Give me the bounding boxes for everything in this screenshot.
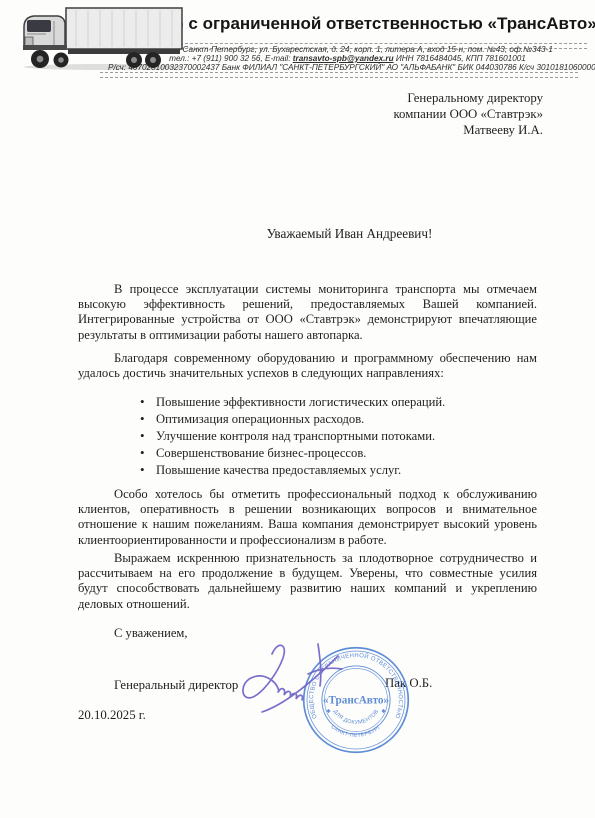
letter-page: Общество с ограниченной ответственностью… xyxy=(0,0,595,818)
closing-regards: С уважением, xyxy=(78,626,188,641)
letterhead-email: transavto-spb@yandex.ru xyxy=(293,54,394,63)
paragraph-4: Выражаем искреннюю признательность за пл… xyxy=(78,551,537,612)
letterhead-phone: тел.: +7 (911) 900 32 56, E-mail: xyxy=(169,54,293,63)
salutation: Уважаемый Иван Андреевич! xyxy=(120,226,579,242)
recipient-block: Генеральному директору компании ООО «Ста… xyxy=(393,90,543,138)
recipient-name: Матвееву И.А. xyxy=(393,122,543,138)
paragraph-2: Благодаря современному оборудованию и пр… xyxy=(78,351,537,381)
letter-date: 20.10.2025 г. xyxy=(78,708,146,723)
truck-image xyxy=(16,5,186,71)
recipient-position: Генеральному директору xyxy=(393,90,543,106)
list-item: Совершенствование бизнес-процессов. xyxy=(140,446,540,461)
paragraph-1: В процессе эксплуатации системы монитори… xyxy=(78,282,537,343)
handwritten-signature xyxy=(238,636,358,728)
achievements-list: Повышение эффективности логистических оп… xyxy=(140,395,540,479)
list-item: Улучшение контроля над транспортными пот… xyxy=(140,429,540,444)
paragraph-3: Особо хотелось бы отметить профессиональ… xyxy=(78,487,537,548)
list-item: Повышение качества предоставляемых услуг… xyxy=(140,463,540,478)
recipient-company: компании ООО «Ставтрэк» xyxy=(393,106,543,122)
list-item: Повышение эффективности логистических оп… xyxy=(140,395,540,410)
signer-position: Генеральный директор xyxy=(114,678,238,693)
letterhead-inn-kpp: ИНН 7816484045, КПП 781601001 xyxy=(394,54,526,63)
list-item: Оптимизация операционных расходов. xyxy=(140,412,540,427)
star-icon: ✱ xyxy=(381,708,386,715)
letterhead-divider-bottom xyxy=(100,72,578,78)
